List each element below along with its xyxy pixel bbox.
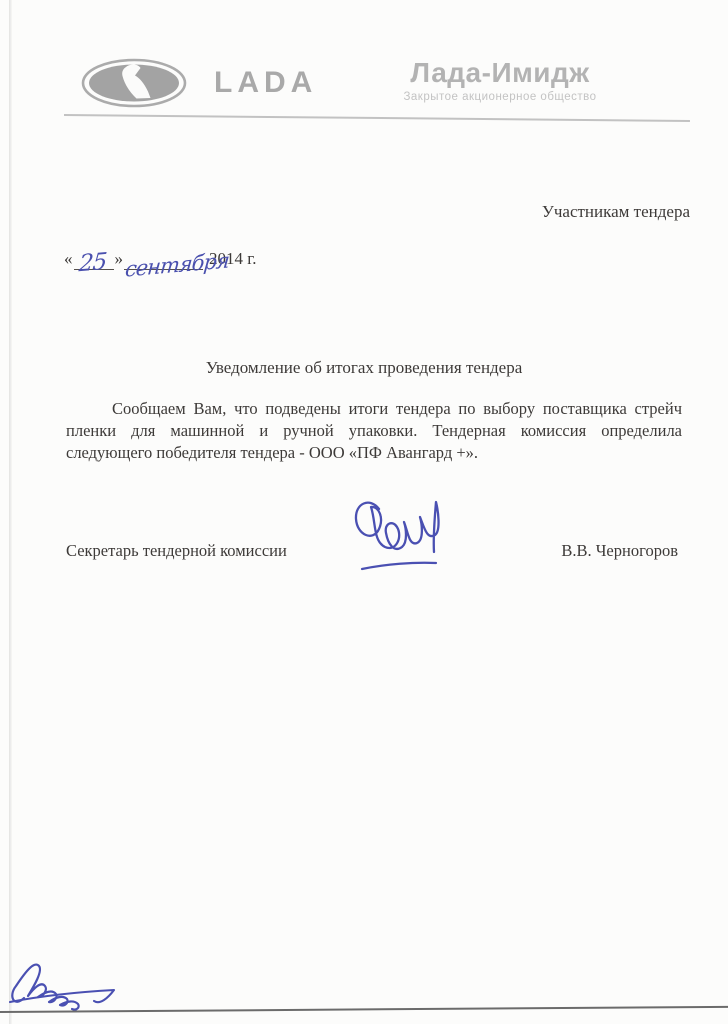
open-quote: « xyxy=(64,248,73,270)
recipient-line: Участникам тендера xyxy=(542,202,690,222)
letterhead-divider xyxy=(64,114,690,122)
lada-logo-icon xyxy=(80,58,188,108)
company-block: Лада-Имидж Закрытое акционерное общество xyxy=(402,57,598,103)
scanned-letter-page: LADA Лада-Имидж Закрытое акционерное общ… xyxy=(0,0,728,1024)
letter-title: Уведомление об итогах проведения тендера xyxy=(0,358,728,378)
handwritten-month: сентября xyxy=(124,248,230,281)
secretary-signature-scribble xyxy=(348,496,450,580)
handwritten-day: 25 xyxy=(77,249,106,278)
company-name: Лада-Имидж xyxy=(402,57,598,89)
close-quote: » xyxy=(115,248,124,270)
signatory-name: В.В. Черногоров xyxy=(561,541,678,561)
month-blank-line: сентября xyxy=(124,245,203,270)
day-blank-line: 25 xyxy=(74,245,114,270)
date-line: « 25 » сентября 2014 г. xyxy=(64,242,257,270)
signatory-role: Секретарь тендерной комиссии xyxy=(66,541,287,561)
corner-paraph-signature xyxy=(6,948,122,1014)
scan-left-edge xyxy=(9,0,12,1024)
company-type-subtitle: Закрытое акционерное общество xyxy=(402,91,598,103)
lada-wordmark: LADA xyxy=(214,66,317,100)
letter-body: Сообщаем Вам, что подведены итоги тендер… xyxy=(66,398,682,463)
